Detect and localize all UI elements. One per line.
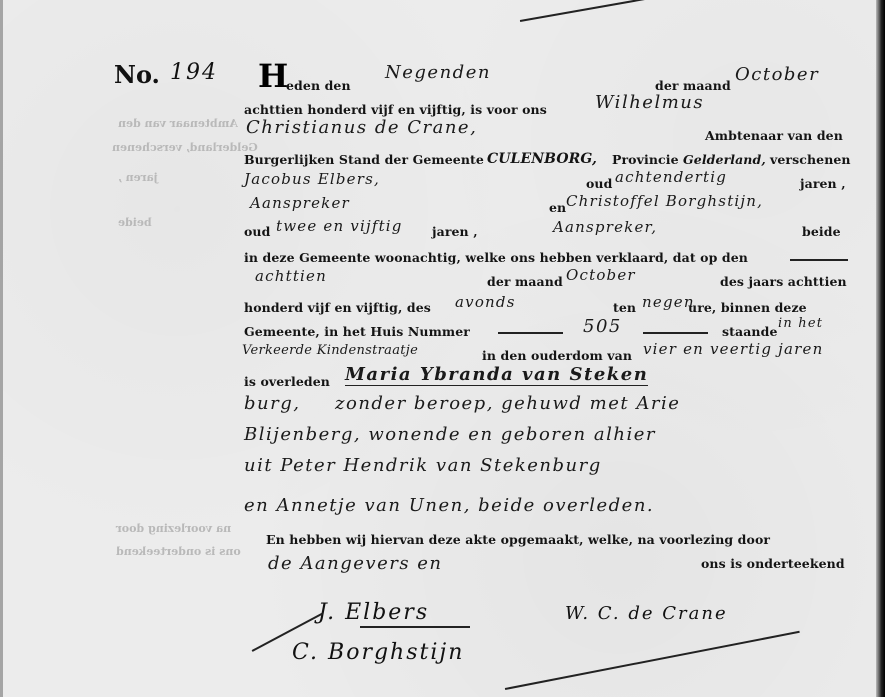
record-number: 194 <box>170 60 218 85</box>
bleed-through-text: ons is onderteekend <box>116 545 241 558</box>
printed-text: Burgerlijken Stand der Gemeente <box>244 152 484 167</box>
page-edge-left <box>0 0 3 697</box>
printed-text: beide <box>802 224 841 239</box>
printed-text: der maand <box>487 274 563 289</box>
mother-name: en Annetje van Unen, beide overleden. <box>244 495 654 516</box>
deceased-name-cont: burg, <box>244 393 300 414</box>
printed-text: oud <box>244 224 270 239</box>
declarant2-occupation: Aanspreker, <box>553 218 657 236</box>
fill-rule <box>790 259 848 261</box>
declarant2-name: Christoffel Borghstijn, <box>566 192 763 210</box>
printed-text: jaren , <box>800 176 846 191</box>
printed-text: der maand <box>655 78 731 93</box>
printed-text: des jaars achttien <box>720 274 847 289</box>
official-name: Christianus de Crane, <box>246 117 477 138</box>
bleed-stroke <box>520 0 648 21</box>
printed-text: verschenen <box>770 152 851 167</box>
death-day: achttien <box>255 267 327 285</box>
bleed-through-text: Ambtenaar van den <box>118 117 238 130</box>
printed-text: jaren , <box>432 224 478 239</box>
signature-underline <box>360 626 470 628</box>
time-of-day: avonds <box>455 293 516 311</box>
bleed-through-text: beide <box>118 216 152 229</box>
printed-text: honderd vijf en vijftig, des <box>244 300 431 315</box>
printed-text: in deze Gemeente woonachtig, welke ons h… <box>244 250 748 265</box>
fill-rule <box>643 332 708 334</box>
printed-text: staande <box>722 324 778 339</box>
father-name: uit Peter Hendrik van Stekenburg <box>244 455 602 476</box>
printed-text: eden den <box>286 78 351 93</box>
province-name: Gelderland, <box>683 152 766 167</box>
bleed-through-text: na voorlezing door <box>116 522 231 535</box>
declarant1-occupation: Aanspreker <box>250 194 350 212</box>
printed-text: ons is onderteekend <box>701 556 845 571</box>
declarant1-name: Jacobus Elbers, <box>244 170 380 188</box>
page-edge-right <box>876 0 885 697</box>
official-first-name: Wilhelmus <box>595 92 704 113</box>
drop-cap: H <box>258 60 288 92</box>
printed-text: En hebben wij hiervan deze akte opgemaak… <box>266 532 770 547</box>
spouse-residence: Blijenberg, wonende en geboren alhier <box>244 424 656 445</box>
registration-month: October <box>735 64 819 85</box>
municipality-name: CULENBORG, <box>487 151 597 167</box>
document-page: Ambtenaar van den Gelderland, verschenen… <box>0 0 885 697</box>
street-prefix: in het <box>778 316 823 331</box>
death-month: October <box>566 266 636 284</box>
printed-text: ure, binnen deze <box>688 300 807 315</box>
house-number: 505 <box>583 316 622 337</box>
registration-day: Negenden <box>385 62 491 83</box>
signers-note: de Aangevers en <box>268 553 443 574</box>
deceased-name: Maria Ybranda van Steken <box>345 364 648 386</box>
signature-declarant1: J. Elbers <box>318 600 429 625</box>
printed-text: Ambtenaar van den <box>705 128 843 143</box>
printed-text: achttien honderd vijf en vijftig, is voo… <box>244 102 547 117</box>
age-of-deceased: vier en veertig jaren <box>643 340 824 358</box>
signature-declarant2: C. Borghstijn <box>292 640 464 665</box>
bleed-through-text: jaren , <box>118 171 158 184</box>
declarant2-age: twee en vijftig <box>276 217 403 235</box>
signature-flourish <box>505 631 800 690</box>
printed-text: Provincie <box>612 152 679 167</box>
printed-text: is overleden <box>244 374 330 389</box>
declarant1-age: achtendertig <box>615 168 727 186</box>
printed-text: Gemeente, in het Huis Nummer <box>244 324 470 339</box>
fill-rule <box>498 332 563 334</box>
deceased-details: zonder beroep, gehuwd met Arie <box>335 393 680 414</box>
printed-text: in den ouderdom van <box>482 348 632 363</box>
signature-official: W. C. de Crane <box>565 603 728 624</box>
street-name: Verkeerde Kindenstraatje <box>242 343 418 358</box>
printed-text: en <box>549 200 566 215</box>
printed-text: oud <box>586 176 612 191</box>
hour: negen <box>642 293 695 311</box>
record-number-label: No. <box>114 60 160 89</box>
bleed-through-text: Gelderland, verschenen <box>112 141 258 154</box>
printed-text: ten <box>613 300 636 315</box>
